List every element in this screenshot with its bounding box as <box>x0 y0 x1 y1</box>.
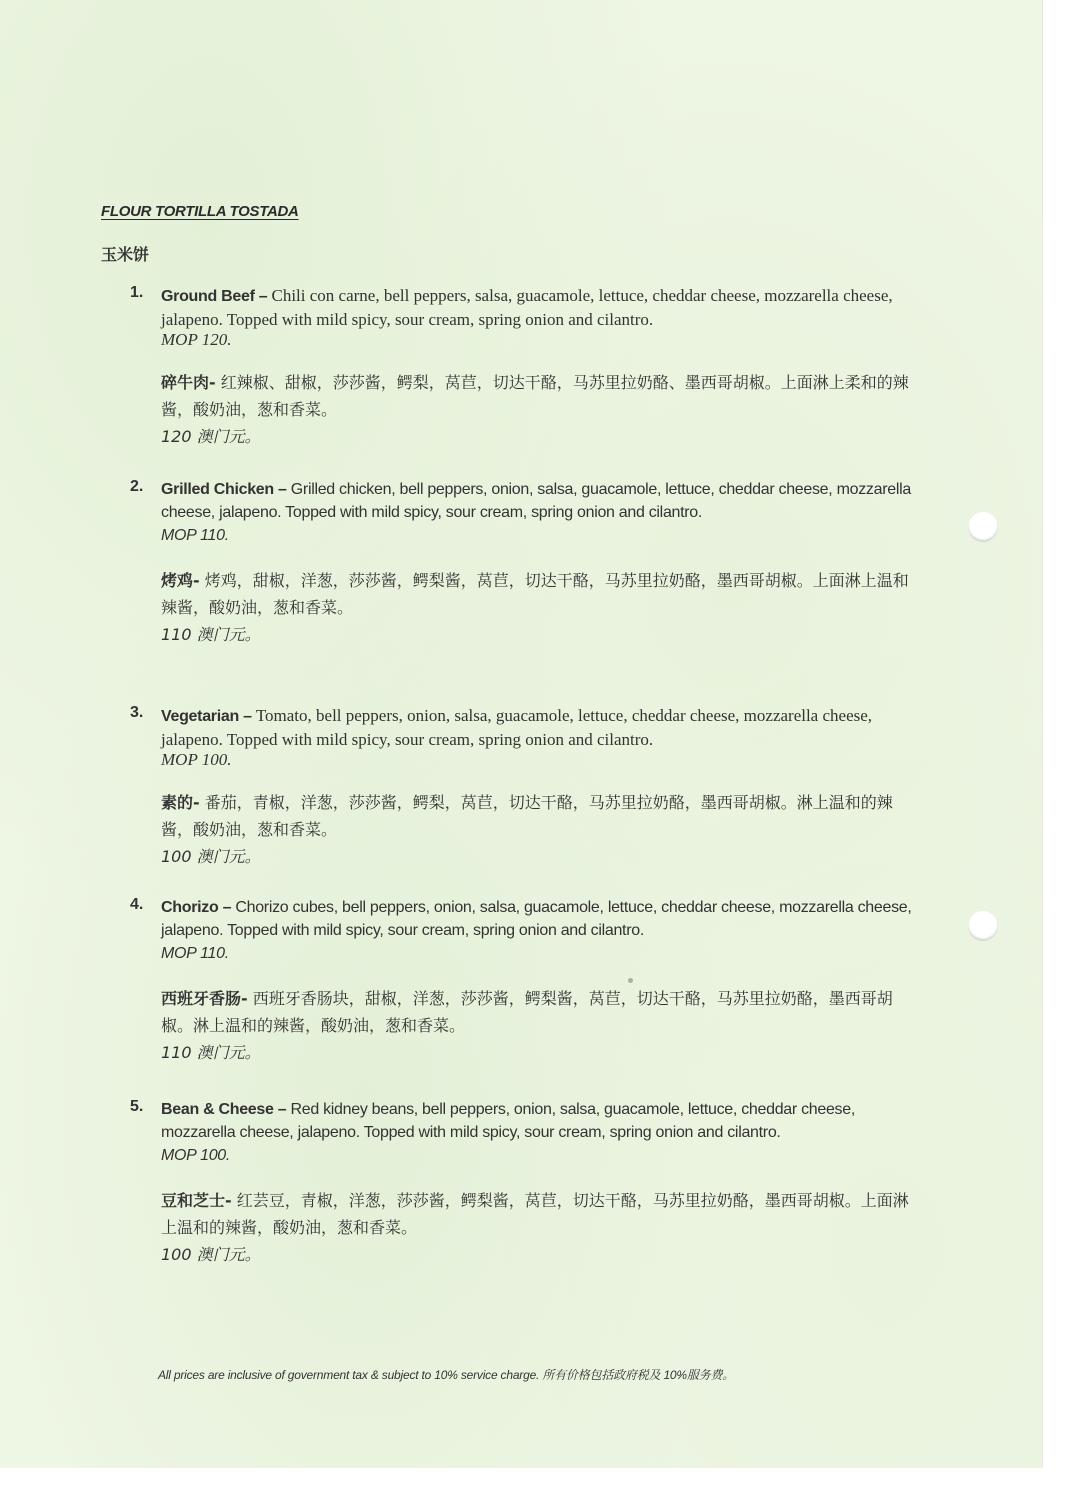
item-number: 1. <box>130 284 143 302</box>
menu-page: FLOUR TORTILLA TOSTADA 玉米饼 1. Ground Bee… <box>0 0 1043 1468</box>
item-price: MOP 110. <box>161 524 920 547</box>
item-description-zh-text: 红辣椒、甜椒，莎莎酱，鳄梨，莴苣，切达干酪，马苏里拉奶酪、墨西哥胡椒。上面淋上柔… <box>161 373 909 419</box>
item-separator: – <box>255 288 272 305</box>
item-price-zh: 110 澳门元。 <box>161 621 920 648</box>
menu-item: 3. Vegetarian – Tomato, bell peppers, on… <box>130 704 920 896</box>
item-description-zh-text: 烤鸡，甜椒，洋葱，莎莎酱，鳄梨酱，莴苣，切达干酪，马苏里拉奶酪，墨西哥胡椒。上面… <box>161 571 909 617</box>
menu-items: 1. Ground Beef – Chili con carne, bell p… <box>130 284 920 1268</box>
item-separator: – <box>239 708 256 725</box>
item-description-zh: 西班牙香肠- 西班牙香肠块，甜椒，洋葱，莎莎酱，鳄梨酱，莴苣，切达干酪，马苏里拉… <box>161 985 920 1066</box>
item-description-en: Grilled Chicken – Grilled chicken, bell … <box>161 478 920 547</box>
item-description-zh: 素的- 番茄，青椒，洋葱，莎莎酱，鳄梨，莴苣，切达干酪，马苏里拉奶酪，墨西哥胡椒… <box>161 789 920 870</box>
item-price-zh: 120 澳门元。 <box>161 423 920 450</box>
item-name: Grilled Chicken <box>161 481 274 498</box>
menu-item: 1. Ground Beef – Chili con carne, bell p… <box>130 284 920 478</box>
item-number: 5. <box>130 1098 143 1116</box>
footer-note: All prices are inclusive of government t… <box>158 1366 734 1383</box>
item-number: 4. <box>130 896 143 914</box>
punch-hole <box>968 512 998 542</box>
item-description-en: Ground Beef – Chili con carne, bell pepp… <box>161 284 920 349</box>
item-separator: – <box>274 1101 291 1118</box>
menu-item: 4. Chorizo – Chorizo cubes, bell peppers… <box>130 896 920 1098</box>
item-description: Chorizo cubes, bell peppers, onion, sals… <box>161 899 912 939</box>
item-name: Ground Beef <box>161 288 255 305</box>
item-description-zh: 烤鸡- 烤鸡，甜椒，洋葱，莎莎酱，鳄梨酱，莴苣，切达干酪，马苏里拉奶酪，墨西哥胡… <box>161 567 920 648</box>
item-price-zh: 110 澳门元。 <box>161 1039 920 1066</box>
item-name: Bean & Cheese <box>161 1101 274 1118</box>
item-price-zh: 100 澳门元。 <box>161 1241 920 1268</box>
item-description-zh: 豆和芝士- 红芸豆，青椒，洋葱，莎莎酱，鳄梨酱，莴苣，切达干酪，马苏里拉奶酪，墨… <box>161 1187 920 1268</box>
item-name: Chorizo <box>161 899 218 916</box>
item-description-en: Vegetarian – Tomato, bell peppers, onion… <box>161 704 920 769</box>
item-description-zh-text: 西班牙香肠块，甜椒，洋葱，莎莎酱，鳄梨酱，莴苣，切达干酪，马苏里拉奶酪，墨西哥胡… <box>161 989 893 1035</box>
item-description: Tomato, bell peppers, onion, salsa, guac… <box>161 706 872 749</box>
menu-item: 2. Grilled Chicken – Grilled chicken, be… <box>130 478 920 704</box>
item-description-zh-text: 番茄，青椒，洋葱，莎莎酱，鳄梨，莴苣，切达干酪，马苏里拉奶酪，墨西哥胡椒。淋上温… <box>161 793 893 839</box>
item-price: MOP 110. <box>161 942 920 965</box>
item-price: MOP 100. <box>161 1144 920 1167</box>
item-name-zh: 烤鸡- <box>161 571 200 590</box>
item-name-zh: 西班牙香肠- <box>161 989 248 1008</box>
item-description-en: Bean & Cheese – Red kidney beans, bell p… <box>161 1098 920 1167</box>
item-price: MOP 100. <box>161 751 920 769</box>
item-separator: – <box>218 899 235 916</box>
item-description-en: Chorizo – Chorizo cubes, bell peppers, o… <box>161 896 920 965</box>
item-name: Vegetarian <box>161 708 239 725</box>
item-separator: – <box>274 481 291 498</box>
item-number: 2. <box>130 478 143 496</box>
item-number: 3. <box>130 704 143 722</box>
item-description-zh: 碎牛肉- 红辣椒、甜椒，莎莎酱，鳄梨，莴苣，切达干酪，马苏里拉奶酪、墨西哥胡椒。… <box>161 369 920 450</box>
item-name-zh: 碎牛肉- <box>161 373 216 392</box>
item-description-zh-text: 红芸豆，青椒，洋葱，莎莎酱，鳄梨酱，莴苣，切达干酪，马苏里拉奶酪，墨西哥胡椒。上… <box>161 1191 909 1237</box>
punch-hole <box>968 911 998 941</box>
item-price-zh: 100 澳门元。 <box>161 843 920 870</box>
section-title-zh: 玉米饼 <box>101 242 149 265</box>
item-name-zh: 豆和芝士- <box>161 1191 232 1210</box>
item-price: MOP 120. <box>161 331 920 349</box>
item-name-zh: 素的- <box>161 793 200 812</box>
item-description: Chili con carne, bell peppers, salsa, gu… <box>161 286 893 329</box>
menu-item: 5. Bean & Cheese – Red kidney beans, bel… <box>130 1098 920 1268</box>
section-title: FLOUR TORTILLA TOSTADA <box>101 203 299 220</box>
